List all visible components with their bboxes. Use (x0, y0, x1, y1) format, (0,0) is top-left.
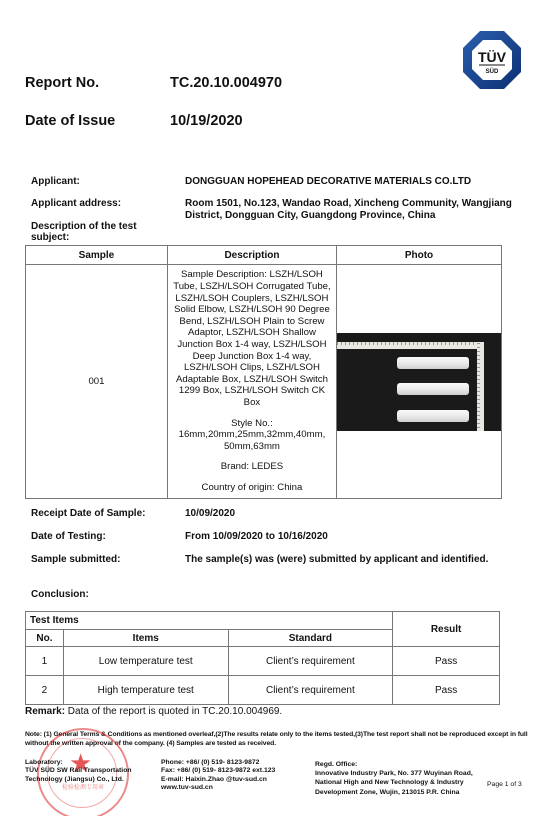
sample-table: Sample Description Photo 001 Sample Desc… (25, 245, 502, 499)
receipt-date-value: 10/09/2020 (185, 508, 235, 519)
page-number: Page 1 of 3 (487, 781, 522, 788)
style-label: Style No.: (231, 418, 273, 429)
conclusion-label: Conclusion: (31, 589, 89, 600)
testing-date-value: From 10/09/2020 to 10/16/2020 (185, 531, 328, 542)
tube-sample (397, 410, 469, 422)
row-item: Low temperature test (63, 647, 228, 676)
style-no: Style No.:16mm,20mm,25mm,32mm,40mm, 50mm… (171, 418, 333, 453)
sample-id: 001 (26, 265, 168, 499)
address-line-1: Room 1501, No.123, Wandao Road, Xincheng… (185, 198, 512, 210)
office-line-3: Development Zone, Wujin, 213015 P.R. Chi… (315, 788, 473, 797)
svg-text:TÜV: TÜV (478, 49, 507, 65)
sample-description: Sample Description: LSZH/LSOH Tube, LSZH… (167, 265, 336, 499)
style-value: 16mm,20mm,25mm,32mm,40mm, 50mm,63mm (179, 429, 326, 452)
row-result: Pass (393, 676, 500, 705)
applicant-value: DONGGUAN HOPEHEAD DECORATIVE MATERIALS C… (185, 176, 471, 187)
description-text: Sample Description: LSZH/LSOH Tube, LSZH… (171, 269, 333, 408)
table-row: 2 High temperature test Client’s require… (26, 676, 500, 705)
tuv-sud-logo: TÜV SÜD (462, 30, 522, 90)
brand: Brand: LEDES (171, 461, 333, 473)
row-result: Pass (393, 647, 500, 676)
test-items-header: Test Items (26, 612, 393, 630)
sample-row: 001 Sample Description: LSZH/LSOH Tube, … (26, 265, 502, 499)
email-link[interactable]: E-mail: Haixin.Zhao @tuv-sud.cn (161, 776, 275, 784)
test-subject-label-line-1: Description of the test (31, 221, 137, 232)
tube-sample (397, 383, 469, 395)
header-photo: Photo (336, 246, 501, 265)
row-standard: Client’s requirement (228, 647, 393, 676)
header-items: Items (63, 630, 228, 647)
header-sample: Sample (26, 246, 168, 265)
tube-sample (397, 357, 469, 369)
remark: Remark: Data of the report is quoted in … (25, 706, 282, 717)
header-no: No. (26, 630, 64, 647)
sample-photo-cell (336, 265, 501, 499)
sample-photo (337, 333, 501, 431)
office-line-2: National High and New Technology & Indus… (315, 778, 473, 787)
row-item: High temperature test (63, 676, 228, 705)
receipt-date-label: Receipt Date of Sample: (31, 508, 145, 519)
registered-office: Regd. Office: Innovative Industry Park, … (315, 760, 473, 797)
fax: Fax: +86/ (0) 519- 8123-9872 ext.123 (161, 767, 275, 775)
phone: Phone: +86/ (0) 519- 8123-9872 (161, 759, 275, 767)
date-of-issue-value: 10/19/2020 (170, 113, 243, 129)
testing-date-label: Date of Testing: (31, 531, 106, 542)
applicant-address-value: Room 1501, No.123, Wandao Road, Xincheng… (185, 198, 512, 222)
ruler-vertical (477, 342, 484, 431)
svg-text:SÜD: SÜD (486, 68, 499, 75)
test-subject-label-line-2: subject: (31, 232, 137, 243)
header-description: Description (167, 246, 336, 265)
test-items-table: Test Items Result No. Items Standard 1 L… (25, 611, 500, 705)
office-label: Regd. Office: (315, 760, 473, 769)
header-result: Result (393, 612, 500, 647)
row-standard: Client’s requirement (228, 676, 393, 705)
row-no: 1 (26, 647, 64, 676)
laboratory-name-line-1: TÜV SÜD SW Rail Transportation (25, 767, 132, 775)
report-no-value: TC.20.10.004970 (170, 75, 282, 91)
ruler-horizontal (337, 342, 483, 349)
remark-text: Data of the report is quoted in TC.20.10… (65, 706, 282, 717)
address-line-2: District, Dongguan City, Guangdong Provi… (185, 210, 512, 222)
contact-info: Phone: +86/ (0) 519- 8123-9872 Fax: +86/… (161, 759, 275, 793)
applicant-label: Applicant: (31, 176, 80, 187)
office-line-1: Innovative Industry Park, No. 377 Wuyina… (315, 769, 473, 778)
row-no: 2 (26, 676, 64, 705)
table-row: 1 Low temperature test Client’s requirem… (26, 647, 500, 676)
date-of-issue-label: Date of Issue (25, 113, 115, 129)
report-no-label: Report No. (25, 75, 99, 91)
test-subject-label: Description of the test subject: (31, 221, 137, 243)
country-of-origin: Country of origin: China (171, 482, 333, 494)
laboratory-name-line-2: Technology (Jiangsu) Co., Ltd. (25, 776, 132, 784)
test-table-group-header: Test Items Result (26, 612, 500, 630)
sample-table-header: Sample Description Photo (26, 246, 502, 265)
applicant-address-label: Applicant address: (31, 198, 121, 209)
website-link[interactable]: www.tuv-sud.cn (161, 784, 275, 792)
remark-label: Remark: (25, 706, 65, 717)
sample-submitted-label: Sample submitted: (31, 554, 120, 565)
header-standard: Standard (228, 630, 393, 647)
laboratory-info: Laboratory: TÜV SÜD SW Rail Transportati… (25, 759, 132, 784)
sample-submitted-value: The sample(s) was (were) submitted by ap… (185, 554, 488, 565)
